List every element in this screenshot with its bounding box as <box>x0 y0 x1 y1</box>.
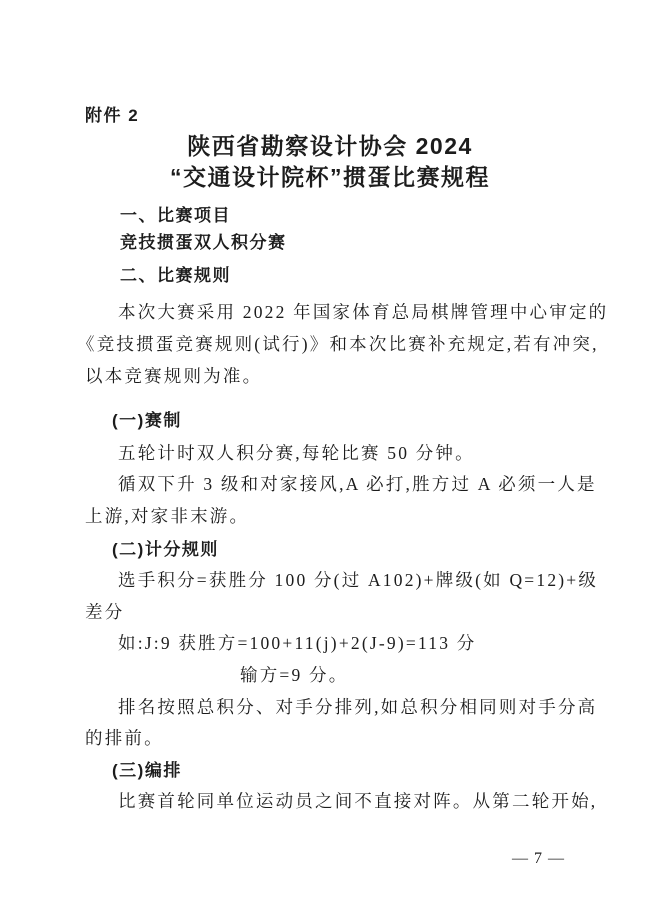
loser-score-line: 输方=9 分。 <box>240 662 348 687</box>
format-line: 五轮计时双人积分赛,每轮比赛 50 分钟。 <box>118 440 475 465</box>
doc-title-line-2: “交通设计院杯”掼蛋比赛规程 <box>85 159 575 192</box>
format-line: 上游,对家非末游。 <box>85 503 249 528</box>
competition-items-value: 竞技掼蛋双人积分赛 <box>120 228 287 253</box>
subsection-heading-format: (一)赛制 <box>112 406 182 431</box>
subsection-heading-pairing: (三)编排 <box>112 756 182 781</box>
rules-paragraph-line: 以本竞赛规则为准。 <box>85 363 262 388</box>
page-number: — 7 — <box>512 850 565 868</box>
ranking-line: 排名按照总积分、对手分排列,如总积分相同则对手分高 <box>118 694 597 719</box>
format-line: 循双下升 3 级和对家接风,A 必打,胜方过 A 必须一人是 <box>118 471 597 496</box>
scoring-line: 差分 <box>85 599 124 624</box>
doc-title-line-1: 陕西省勘察设计协会 2024 <box>85 128 575 161</box>
scoring-formula-line: 如:J:9 获胜方=100+11(j)+2(J-9)=113 分 <box>118 630 476 655</box>
subsection-heading-scoring: (二)计分规则 <box>112 535 219 560</box>
rules-paragraph-line: 本次大赛采用 2022 年国家体育总局棋牌管理中心审定的 <box>118 299 608 324</box>
pairing-line: 比赛首轮同单位运动员之间不直接对阵。从第二轮开始, <box>118 788 597 813</box>
attachment-label: 附件 2 <box>85 101 139 126</box>
ranking-line: 的排前。 <box>85 725 164 750</box>
heading-competition-rules: 二、比赛规则 <box>120 261 231 286</box>
heading-competition-items: 一、比赛项目 <box>120 201 231 226</box>
scoring-line: 选手积分=获胜分 100 分(过 A102)+牌级(如 Q=12)+级 <box>118 567 598 592</box>
document-page: 附件 2 陕西省勘察设计协会 2024 “交通设计院杯”掼蛋比赛规程 一、比赛项… <box>0 0 650 919</box>
rules-paragraph-line: 《竞技掼蛋竞赛规则(试行)》和本次比赛补充规定,若有冲突, <box>77 331 599 356</box>
